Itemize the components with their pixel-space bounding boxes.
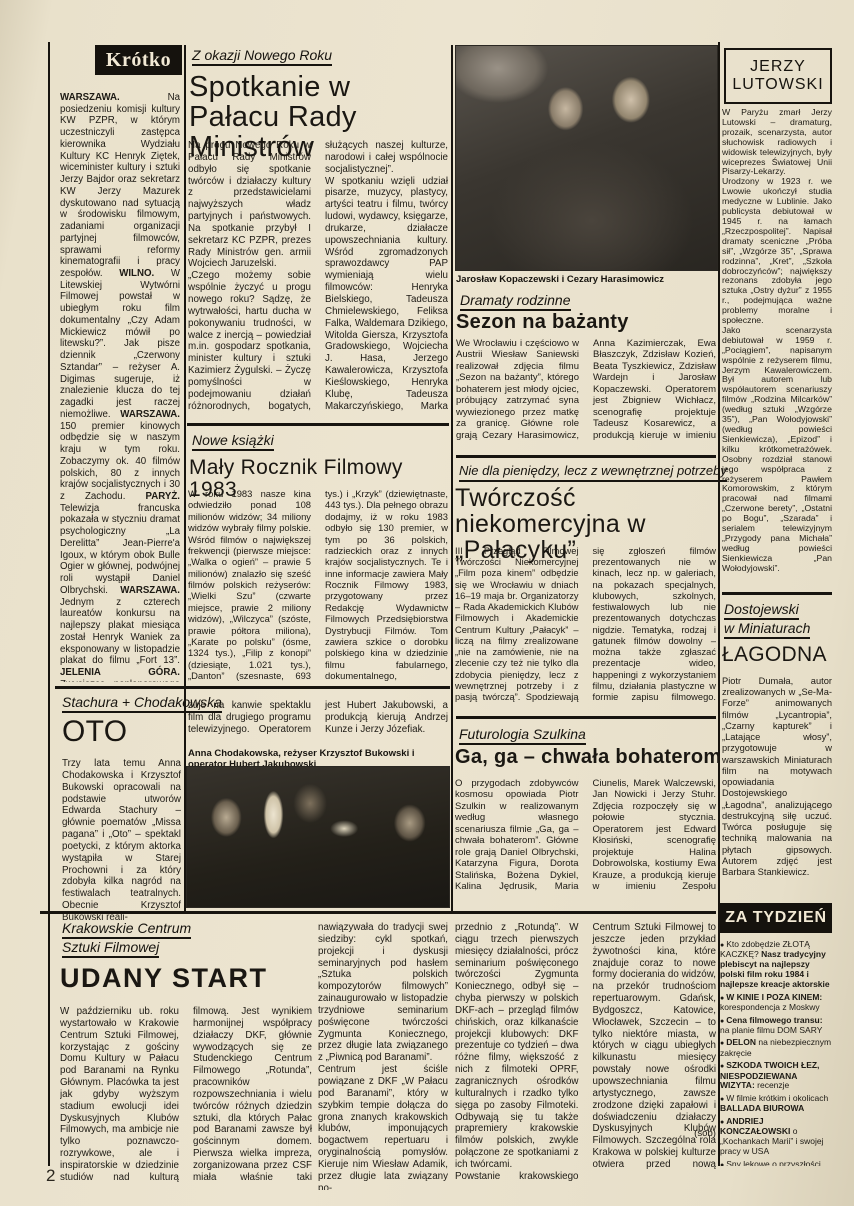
lagodna-body: Piotr Dumała, autor zrealizowanych w „Se…: [722, 676, 832, 898]
zatydzien-list: ●Kto zdobędzie ZŁOTĄ KACZKĘ? Nasz tradyc…: [720, 940, 832, 1166]
page-number: 2: [46, 1166, 55, 1186]
bullet-icon: ●: [720, 1063, 724, 1070]
krotko-title: Krótko: [106, 49, 171, 72]
bullet-icon: ●: [720, 995, 724, 1002]
udany-signature: (sob): [616, 1128, 716, 1139]
bullet-icon: ●: [720, 1018, 724, 1025]
udany-body-middle: nawiązywała do tradycji swej siedziby: c…: [318, 922, 448, 1190]
divider: [55, 686, 450, 689]
udany-body-left: W październiku ub. roku wystartowało w K…: [60, 1006, 312, 1190]
lutowski-title-line1: JERZY: [732, 58, 823, 76]
oto-headline: OTO: [62, 716, 127, 747]
zatydzien-item: ●Kto zdobędzie ZŁOTĄ KACZKĘ? Nasz tradyc…: [720, 940, 832, 990]
udany-kicker-line2: Sztuki Filmowej: [62, 939, 159, 958]
newspaper-page: Krótko WARSZAWA. Na posiedzeniu komisji …: [0, 0, 854, 1206]
divider: [187, 423, 449, 426]
zatydzien-item: ●W KINIE I POZA KINEM: korespondencja z …: [720, 993, 832, 1013]
lutowski-title-line2: LUTOWSKI: [732, 76, 823, 94]
bullet-icon: ●: [720, 1096, 724, 1103]
zatydzien-item: ●SZKODA TWOICH ŁEZ, NIESPODZIEWANA WIZYT…: [720, 1061, 832, 1091]
zatydzien-item: ●Sny lękowe o przyszłości czyli SCIENCE …: [720, 1160, 832, 1166]
bullet-icon: ●: [720, 1162, 724, 1166]
spotkanie-kicker: Z okazji Nowego Roku: [192, 47, 332, 66]
zatydzien-section-header: ZA TYDZIEŃ: [720, 903, 832, 933]
divider: [456, 716, 716, 719]
zatydzien-item: ●W filmie krótkim i okolicach BALLADA BI…: [720, 1094, 832, 1114]
lagodna-kicker-line2: w Miniaturach: [724, 620, 810, 639]
oto-body-continuation: zuje na kanwie spektaklu film dla drugie…: [188, 700, 448, 744]
spotkanie-body: Na progu Nowego Roku w Pałacu Rady Minis…: [188, 140, 448, 418]
divider: [456, 455, 716, 458]
divider: [40, 911, 716, 914]
rocznik-kicker: Nowe książki: [192, 432, 274, 451]
lutowski-obituary-body: W Paryżu zmarł Jerzy Lutowski – dramatur…: [722, 108, 832, 586]
sezon-film-still-photo: [455, 45, 718, 271]
sezon-body: We Wrocławiu i częściowo w Austrii Wiesł…: [456, 338, 716, 450]
bullet-icon: ●: [720, 1119, 724, 1126]
lagodna-kicker-line1: Dostojewski: [724, 601, 799, 620]
krotko-section-header: Krótko: [95, 45, 182, 75]
oto-film-still-photo: [186, 766, 450, 908]
krotko-news-briefs: WARSZAWA. Na posiedzeniu komisji kultury…: [60, 92, 180, 682]
gaga-body: O przygodach zdobywców kosmosu opowiada …: [455, 778, 716, 904]
zatydzien-title: ZA TYDZIEŃ: [725, 909, 827, 927]
bullet-icon: ●: [720, 942, 724, 949]
bullet-icon: ●: [720, 1040, 724, 1047]
divider: [722, 592, 832, 595]
udany-kicker-line1: Krakowskie Centrum: [62, 920, 191, 939]
udany-headline: UDANY START: [60, 964, 268, 992]
gaga-headline: Ga, ga – chwała bohaterom: [455, 747, 721, 768]
column-rule-2: [451, 45, 453, 911]
palacyk-kicker: Nie dla pieniędzy, lecz z wewnętrznej po…: [459, 464, 727, 482]
lutowski-title-box: JERZY LUTOWSKI: [724, 48, 832, 104]
lagodna-headline: ŁAGODNA: [722, 644, 827, 666]
rocznik-body: W roku 1983 nasze kina odwiedziło ponad …: [188, 488, 448, 682]
zatydzien-item: ●Cena filmowego transu: na planie filmu …: [720, 1016, 832, 1036]
sezon-photo-caption: Jarosław Kopaczewski i Cezary Harasimowi…: [456, 274, 716, 285]
udany-body-right: przednio z „Rotundą”. W ciągu trzech pie…: [455, 922, 716, 1190]
zatydzien-item: ●DELON na niebezpiecznym zakręcie: [720, 1038, 832, 1058]
sezon-headline: Sezon na bażanty: [456, 312, 629, 333]
sezon-kicker: Dramaty rodzinne: [460, 292, 571, 311]
gaga-kicker: Futurologia Szulkina: [459, 726, 586, 745]
palacyk-body: III Przegląd Filmowej Twórczości Niekome…: [455, 546, 716, 710]
left-edge-rule: [48, 42, 50, 1166]
zatydzien-item: ●ANDRIEJ KONCZAŁOWSKI o „Kochankach Mari…: [720, 1117, 832, 1157]
